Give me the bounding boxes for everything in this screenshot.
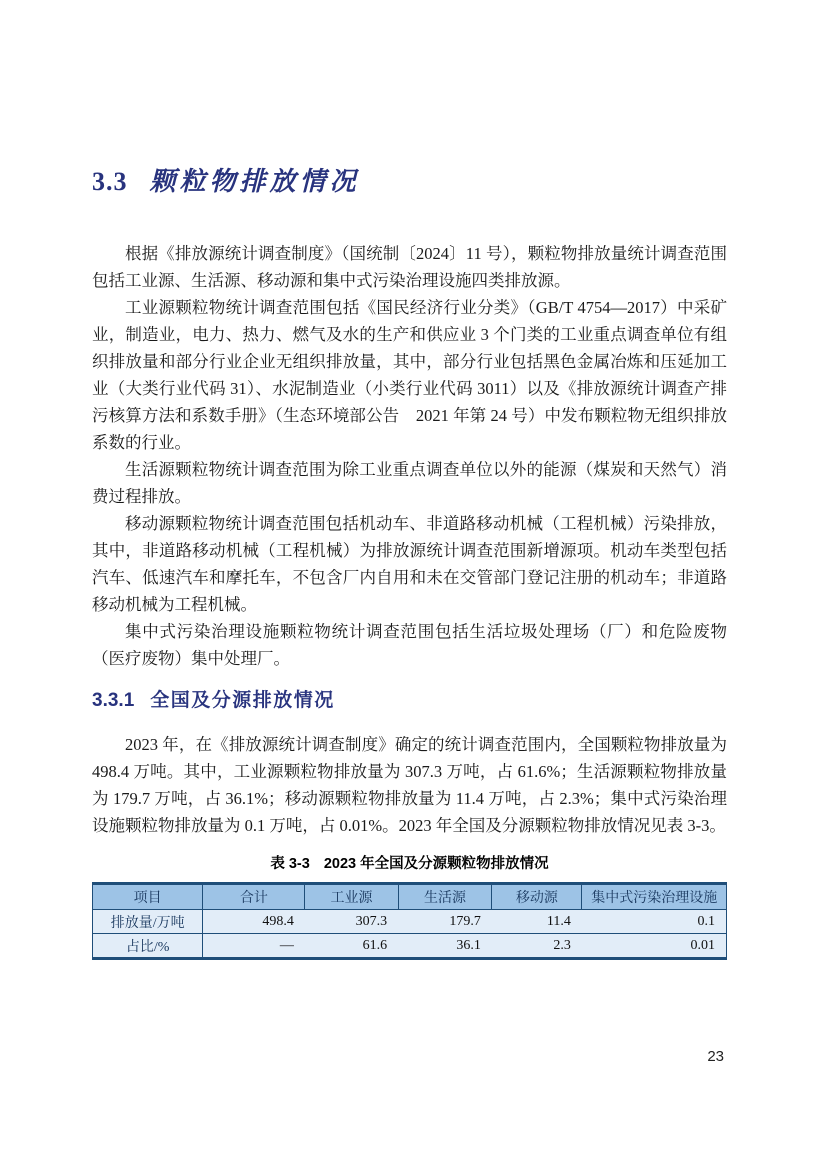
paragraph-centralized-facilities: 集中式污染治理设施颗粒物统计调查范围包括生活垃圾处理场（厂）和危险废物（医疗废物…: [92, 618, 727, 672]
table-caption-title: 2023 年全国及分源颗粒物排放情况: [324, 856, 549, 872]
page-number: 23: [707, 1048, 724, 1065]
document-page: 3.3颗粒物排放情况 根据《排放源统计调查制度》（国统制〔2024〕11 号），…: [0, 0, 814, 1152]
table-cell: 179.7: [398, 910, 492, 934]
subsection-title: 全国及分源排放情况: [150, 690, 335, 711]
emissions-table: 项目 合计 工业源 生活源 移动源 集中式污染治理设施 排放量/万吨 498.4…: [92, 882, 727, 960]
subsection-heading: 3.3.1全国及分源排放情况: [92, 687, 727, 714]
paragraph-industrial-source: 工业源颗粒物统计调查范围包括《国民经济行业分类》（GB/T 4754—2017）…: [92, 294, 727, 456]
table-header-mobile: 移动源: [492, 884, 582, 910]
table-row-emissions: 排放量/万吨 498.4 307.3 179.7 11.4 0.1: [93, 910, 727, 934]
subsection-number: 3.3.1: [92, 690, 134, 711]
table-caption-label: 表 3-3: [270, 856, 310, 872]
table-header-industrial: 工业源: [305, 884, 398, 910]
row-label-emissions: 排放量/万吨: [93, 910, 203, 934]
table-header-row: 项目 合计 工业源 生活源 移动源 集中式污染治理设施: [93, 884, 727, 910]
row-label-share: 占比/%: [93, 934, 203, 959]
table-row-share: 占比/% — 61.6 36.1 2.3 0.01: [93, 934, 727, 959]
section-number: 3.3: [92, 167, 128, 196]
table-cell: 61.6: [305, 934, 398, 959]
table-header-residential: 生活源: [398, 884, 492, 910]
section-title: 颗粒物排放情况: [150, 167, 360, 196]
table-cell: —: [203, 934, 305, 959]
table-cell: 0.1: [582, 910, 727, 934]
table-cell: 36.1: [398, 934, 492, 959]
table-caption: 表 3-32023 年全国及分源颗粒物排放情况: [92, 854, 727, 874]
table-cell: 307.3: [305, 910, 398, 934]
table-header-total: 合计: [203, 884, 305, 910]
table-header-item: 项目: [93, 884, 203, 910]
table-header-centralized: 集中式污染治理设施: [582, 884, 727, 910]
table-cell: 11.4: [492, 910, 582, 934]
section-heading: 3.3颗粒物排放情况: [92, 165, 727, 198]
paragraph-residential-source: 生活源颗粒物统计调查范围为除工业重点调查单位以外的能源（煤炭和天然气）消费过程排…: [92, 456, 727, 510]
table-cell: 0.01: [582, 934, 727, 959]
paragraph-scope-overview: 根据《排放源统计调查制度》（国统制〔2024〕11 号），颗粒物排放量统计调查范…: [92, 240, 727, 294]
table-cell: 2.3: [492, 934, 582, 959]
paragraph-mobile-source: 移动源颗粒物统计调查范围包括机动车、非道路移动机械（工程机械）污染排放，其中，非…: [92, 510, 727, 618]
table-cell: 498.4: [203, 910, 305, 934]
paragraph-national-emissions: 2023 年，在《排放源统计调查制度》确定的统计调查范围内，全国颗粒物排放量为 …: [92, 731, 727, 839]
